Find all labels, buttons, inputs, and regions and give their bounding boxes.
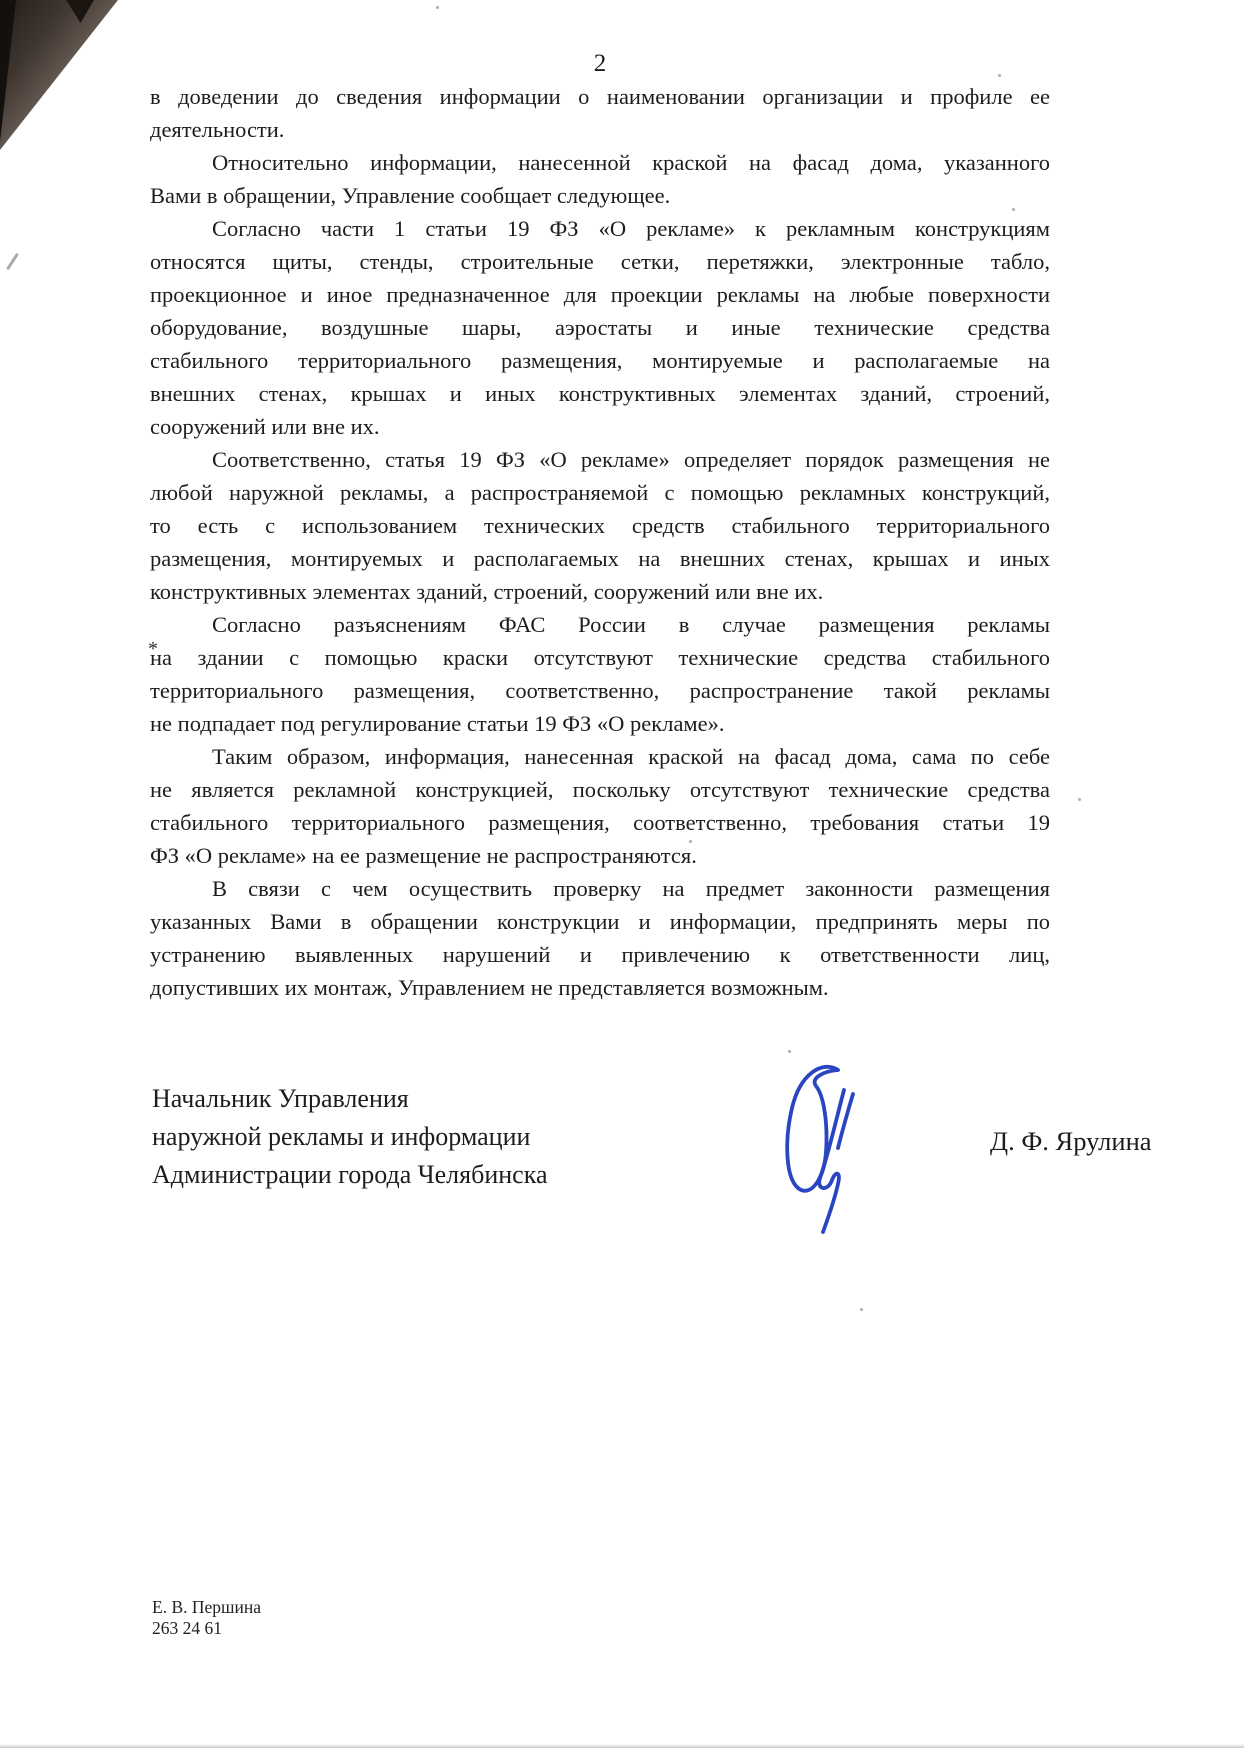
scan-speck [1078,798,1081,801]
body-line: внешних стенах, крышах и иных конструкти… [150,377,1050,410]
body-line: указанных Вами в обращении конструкции и… [150,905,1050,938]
signer-title-block: Начальник Управления наружной рекламы и … [152,1080,712,1194]
executor-block: Е. В. Першина 263 24 61 [152,1597,261,1639]
body-line: Вами в обращении, Управление сообщает сл… [150,179,1050,212]
executor-name: Е. В. Першина [152,1597,261,1618]
margin-pen-mark [6,253,19,271]
letter-body: в доведении до сведения информации о наи… [150,80,1050,1004]
body-line: В связи с чем осуществить проверку на пр… [150,872,1050,905]
scanner-bottom-edge [0,1744,1244,1748]
signer-title-line: Администрации города Челябинска [152,1156,712,1194]
scanned-letter-page: * 2 в доведении до сведения информации о… [0,0,1244,1748]
executor-phone: 263 24 61 [152,1618,261,1639]
page-number: 2 [150,50,1050,78]
handwritten-signature-icon [776,1058,876,1236]
body-line: допустивших их монтаж, Управлением не пр… [150,971,1050,1004]
body-line: ФЗ «О рекламе» на ее размещение не распр… [150,839,1050,872]
signer-name: Д. Ф. Ярулина [990,1126,1152,1157]
body-line: Относительно информации, нанесенной крас… [150,146,1050,179]
body-line: в доведении до сведения информации о наи… [150,80,1050,113]
body-line: Согласно части 1 статьи 19 ФЗ «О рекламе… [150,212,1050,245]
body-line: не подпадает под регулирование статьи 19… [150,707,1050,740]
body-line: оборудование, воздушные шары, аэростаты … [150,311,1050,344]
scan-speck [860,1308,863,1311]
body-line: размещения, монтируемых и располагаемых … [150,542,1050,575]
body-line: проекционное и иное предназначенное для … [150,278,1050,311]
body-line: стабильного территориального размещения,… [150,806,1050,839]
body-line: относятся щиты, стенды, строительные сет… [150,245,1050,278]
body-line: то есть с использованием технических сре… [150,509,1050,542]
body-line: Согласно разъяснениям ФАС России в случа… [150,608,1050,641]
body-line: не является рекламной конструкцией, поск… [150,773,1050,806]
body-line: стабильного территориального размещения,… [150,344,1050,377]
body-line: конструктивных элементах зданий, строени… [150,575,1050,608]
body-line: сооружений или вне их. [150,410,1050,443]
body-line: территориального размещения, соответстве… [150,674,1050,707]
body-line: Соответственно, статья 19 ФЗ «О рекламе»… [150,443,1050,476]
body-line: Таким образом, информация, нанесенная кр… [150,740,1050,773]
body-line: любой наружной рекламы, а распространяем… [150,476,1050,509]
body-line: деятельности. [150,113,1050,146]
signer-title-line: Начальник Управления [152,1080,712,1118]
scan-speck [436,6,439,9]
body-line: устранению выявленных нарушений и привле… [150,938,1050,971]
page-corner-scan-shadow [0,0,118,150]
scan-speck [788,1050,791,1053]
signer-title-line: наружной рекламы и информации [152,1118,712,1156]
body-line: на здании с помощью краски отсутствуют т… [150,641,1050,674]
